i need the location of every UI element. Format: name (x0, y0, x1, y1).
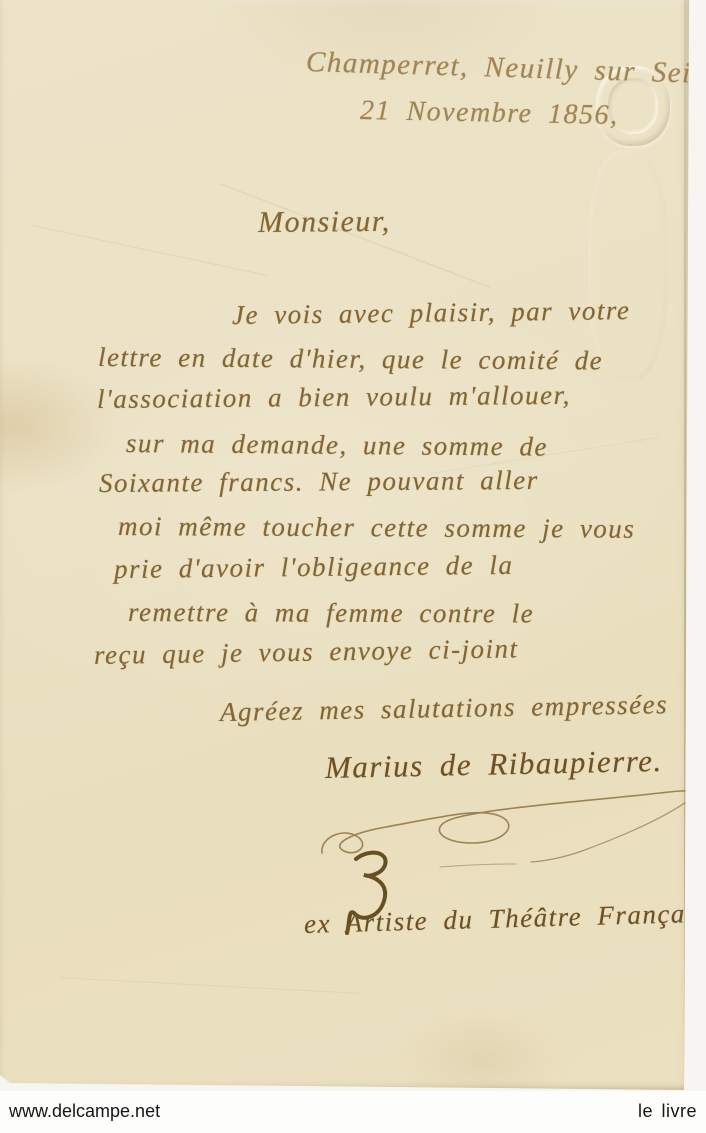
body-line: moi même toucher cette somme je vous (118, 511, 636, 545)
closing-line: Agréez mes salutations empressées (220, 689, 669, 728)
salutation: Monsieur, (258, 205, 391, 240)
dateline-place: Champerret, Neuilly sur Seine, (306, 46, 706, 92)
body-line: reçu que je vous envoye ci-joint (94, 633, 519, 671)
dateline-date: 21 Novembre 1856, (360, 95, 619, 132)
paper-crease (60, 977, 360, 994)
watermark-site-url: www.delcampe.net (9, 1101, 160, 1122)
body-line: sur ma demande, une somme de (126, 428, 548, 463)
letter-paper: Champerret, Neuilly sur Seine, 21 Novemb… (0, 0, 689, 1092)
watermark-bar: www.delcampe.net le livre (0, 1091, 706, 1133)
watermark-seller-name: le livre (638, 1101, 697, 1122)
body-line: l'association a bien voulu m'allouer, (97, 380, 571, 415)
body-line: lettre en date d'hier, que le comité de (98, 342, 603, 377)
body-line: remettre à ma femme contre le (128, 597, 534, 629)
body-line: Soixante francs. Ne pouvant aller (99, 465, 539, 499)
paper-crease (33, 225, 268, 276)
body-line: prie d'avoir l'obligeance de la (114, 550, 514, 585)
paper-right-edge (684, 0, 686, 1088)
scanned-letter-photo: Champerret, Neuilly sur Seine, 21 Novemb… (0, 0, 706, 1133)
body-line: Je vois avec plaisir, par votre (232, 295, 631, 331)
